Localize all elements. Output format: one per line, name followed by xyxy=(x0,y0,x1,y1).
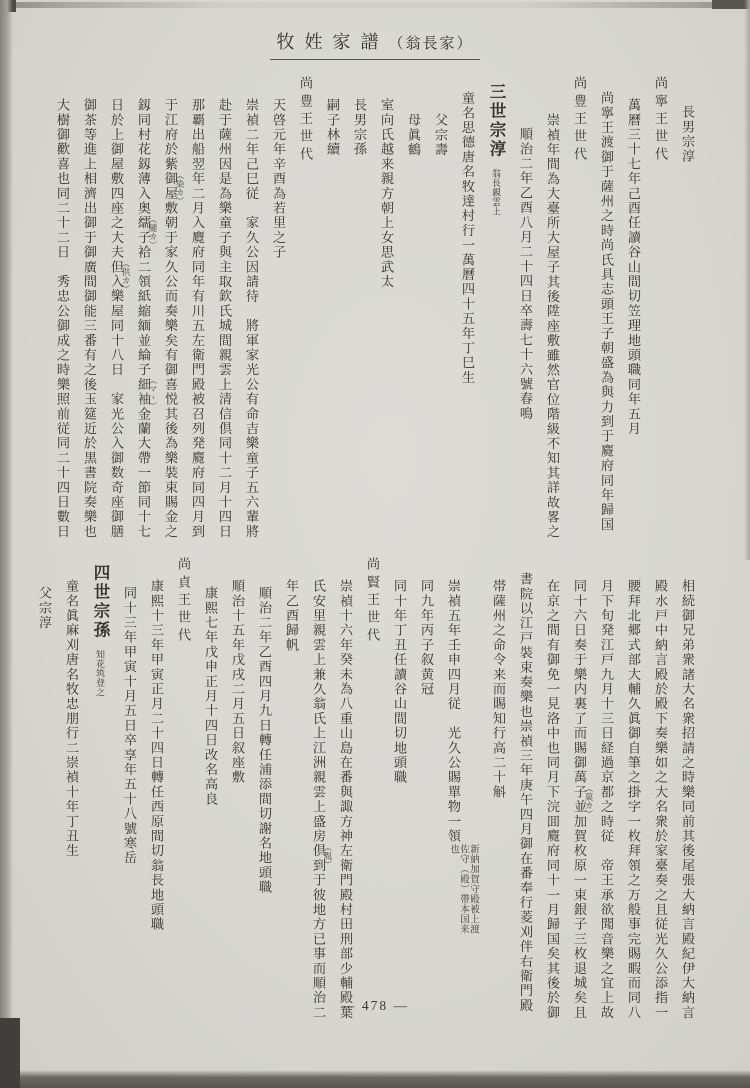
person-heading: 四世宗孫 知花筑登之 xyxy=(91,557,109,1020)
generation-header: 尚豊王世代 xyxy=(572,76,586,546)
inline-double-note: 新納加賀守殿被上渡佐守（殿）帶本国来也 xyxy=(448,844,478,940)
scan-edge-top xyxy=(0,2,750,8)
genealogy-column: 年乙酉歸帆 xyxy=(284,557,298,1020)
genealogy-column: 崇禎二年己巳従 家久公因請待 將軍家光公有命吉樂童子五六輩將 xyxy=(244,76,258,546)
genealogy-column: 天啓元年辛酉為若里之子 xyxy=(271,76,285,546)
genealogy-column: 殿水戸中納言殿於殿下奏樂如之大名衆於家臺奏之且従光久公添指一 xyxy=(653,557,667,1020)
scan-edge-left xyxy=(0,0,13,1088)
genealogy-column: 釼同村花釼薄入奥（縺カ）繻子袷二領紙縮緬並綸子（マヽ）細袖金蘭大帶一節同十七 xyxy=(136,76,150,546)
text-band-top: 長男宗淳尚寧王世代萬曆三十七年己酉任讀谷山間切笠理地頭職同年五月尚寧王渡御于薩州… xyxy=(42,76,694,546)
genealogy-column: 在京之間有御免一見洛中也同月下浣囬麑府同十一月歸国矣其後於御 xyxy=(545,557,559,1020)
page-number: — 478 — xyxy=(0,998,750,1014)
genealogy-column: 赴于薩州因是為樂童子與主取欽氏城間親雲上清信倶同十二月十四日 xyxy=(217,76,231,546)
genealogy-column: 長男宗淳 xyxy=(680,76,694,546)
scan-corner-top-right xyxy=(712,0,750,9)
genealogy-column: 同十三年甲寅十月五日卒享年五十八號寒岳 xyxy=(122,557,136,1020)
genealogy-column: 帯薩州之命令来而賜知行高二十斛 xyxy=(491,557,505,1020)
genealogy-column: 日於上御屋敷四座之大夫（供カ）但入樂屋同十八日 家光公入御数奇座御膳 xyxy=(109,76,123,546)
genealogy-column: 月下旬発江戸九月十三日経過京都之時従 帝王承欲聞音樂之宜上故 xyxy=(599,557,613,1020)
genealogy-column: 長男宗孫 xyxy=(352,76,366,546)
page-title-family: （翁長家） xyxy=(388,36,473,52)
genealogy-column: 康熙七年戊申正月十四日改名高良 xyxy=(203,557,217,1020)
genealogy-column: 康熙十三年甲寅正月二十四日轉任西原間切翁長地頭職 xyxy=(149,557,163,1020)
genealogy-column: 御茶等進上相濟出御于御廣間御能三番有之後玉筵近於黒書院奏樂也 xyxy=(82,76,96,546)
scan-edge-bottom xyxy=(0,1070,750,1088)
genealogy-column: 那覇出船翌年二月入麑府同年有川五左衛門殿被召列発麑府同四月到 xyxy=(190,76,204,546)
page-title-underline: 牧姓家譜（翁長家） xyxy=(270,28,479,60)
genealogy-column: 崇禎年間為大臺所大屋子其後陞座敷雖然官位階級不知其詳故畧之 xyxy=(545,76,559,546)
generation-header: 尚賢王世代 xyxy=(365,557,379,1020)
page-title: 牧姓家譜（翁長家） xyxy=(0,28,750,60)
genealogy-column: 大樹御歡喜也同二十二日 秀忠公御成之時樂照前従同二十四日數日 xyxy=(55,76,69,546)
genealogy-column: 順治二年乙酉四月九日轉任浦添間切謝名地頭職 xyxy=(257,557,271,1020)
scan-corner-top-left xyxy=(0,0,16,12)
genealogy-column: 腰拜北郷式部大輔久眞御自筆之掛字一枚拜領之万般事完賜暇而同八 xyxy=(626,557,640,1020)
genealogy-column: 室向氏越来親方朝上女思武太 xyxy=(379,76,393,546)
genealogy-column: 萬曆三十七年己酉任讀谷山間切笠理地頭職同年五月 xyxy=(626,76,640,546)
genealogy-column: 崇禎十六年癸未為八重山島在番與諏方神左衛門殿村田刑部少輔殿葉 xyxy=(338,557,352,1020)
genealogy-column: 母眞鶴 xyxy=(406,76,420,546)
genealogy-column: 同十六日奏于樂内裏了而賜御萬（菓カ）子並加賀枚原一束銀子三枚退城矣且 xyxy=(572,557,586,1020)
genealogy-column: 順治二年乙酉八月二十四日卒壽七十六號春鳴 xyxy=(518,76,532,546)
genealogy-column: 尚寧王渡御于薩州之時尚氏具志頭王子朝盛為與力到于麑府同年歸国 xyxy=(599,76,613,546)
genealogy-column: 童名思德唐名牧達村行一萬曆四十五年丁巳生 xyxy=(460,76,474,546)
page-title-main: 牧姓家譜 xyxy=(276,32,388,52)
scan-corner-bottom-left xyxy=(0,1018,20,1088)
genealogy-column: 同十年丁丑任讀谷山間切地頭職 xyxy=(392,557,406,1020)
genealogy-column: 書院以江戸裝束奏樂也崇禎三年庚午四月御在番奉行菱刈伴右衛門殿 xyxy=(518,557,532,1020)
genealogy-column: 嗣子林續 xyxy=(325,76,339,546)
genealogy-column: 童名眞麻刈唐名牧忠朋行二崇禎十年丁丑生 xyxy=(64,557,78,1020)
genealogy-column: 父宗淳 xyxy=(37,557,51,1020)
heading-suffix: 翁長親雲上 xyxy=(491,159,501,216)
genealogy-column: 崇禎五年壬申四月従 光久公賜單物一領新納加賀守殿被上渡佐守（殿）帶本国来也 xyxy=(446,557,478,1020)
genealogy-column: 順治十五年戊戌二月五日叙座敷 xyxy=(230,557,244,1020)
generation-header: 尚寧王世代 xyxy=(653,76,667,546)
scan-edge-right xyxy=(744,0,750,560)
genealogy-column: 氏安里親雲上兼久翁氏上江洲親雲上盛房（胤）倶到于彼地方已事而順治二 xyxy=(311,557,325,1020)
genealogy-column: 于江府於紫（染カ）御屋敷朝于家久公而奏樂矣有御喜悦其後為樂裝束賜金之 xyxy=(163,76,177,546)
person-heading: 三世宗淳 翁長親雲上 xyxy=(487,76,505,546)
scanned-page: 牧姓家譜（翁長家） 長男宗淳尚寧王世代萬曆三十七年己酉任讀谷山間切笠理地頭職同年… xyxy=(0,0,750,1088)
generation-header: 尚貞王世代 xyxy=(176,557,190,1020)
genealogy-column: 父宗壽 xyxy=(433,76,447,546)
text-band-bottom: 相続御兄弟衆諸大名衆招請之時樂同前其後尾張大納言殿紀伊大納言殿水戸中納言殿於殿下… xyxy=(24,557,694,1020)
generation-header: 尚豊王世代 xyxy=(298,76,312,546)
heading-suffix: 知花筑登之 xyxy=(95,640,105,697)
genealogy-column: 相続御兄弟衆諸大名衆招請之時樂同前其後尾張大納言殿紀伊大納言 xyxy=(680,557,694,1020)
genealogy-column: 同九年丙子叙黄冠 xyxy=(419,557,433,1020)
